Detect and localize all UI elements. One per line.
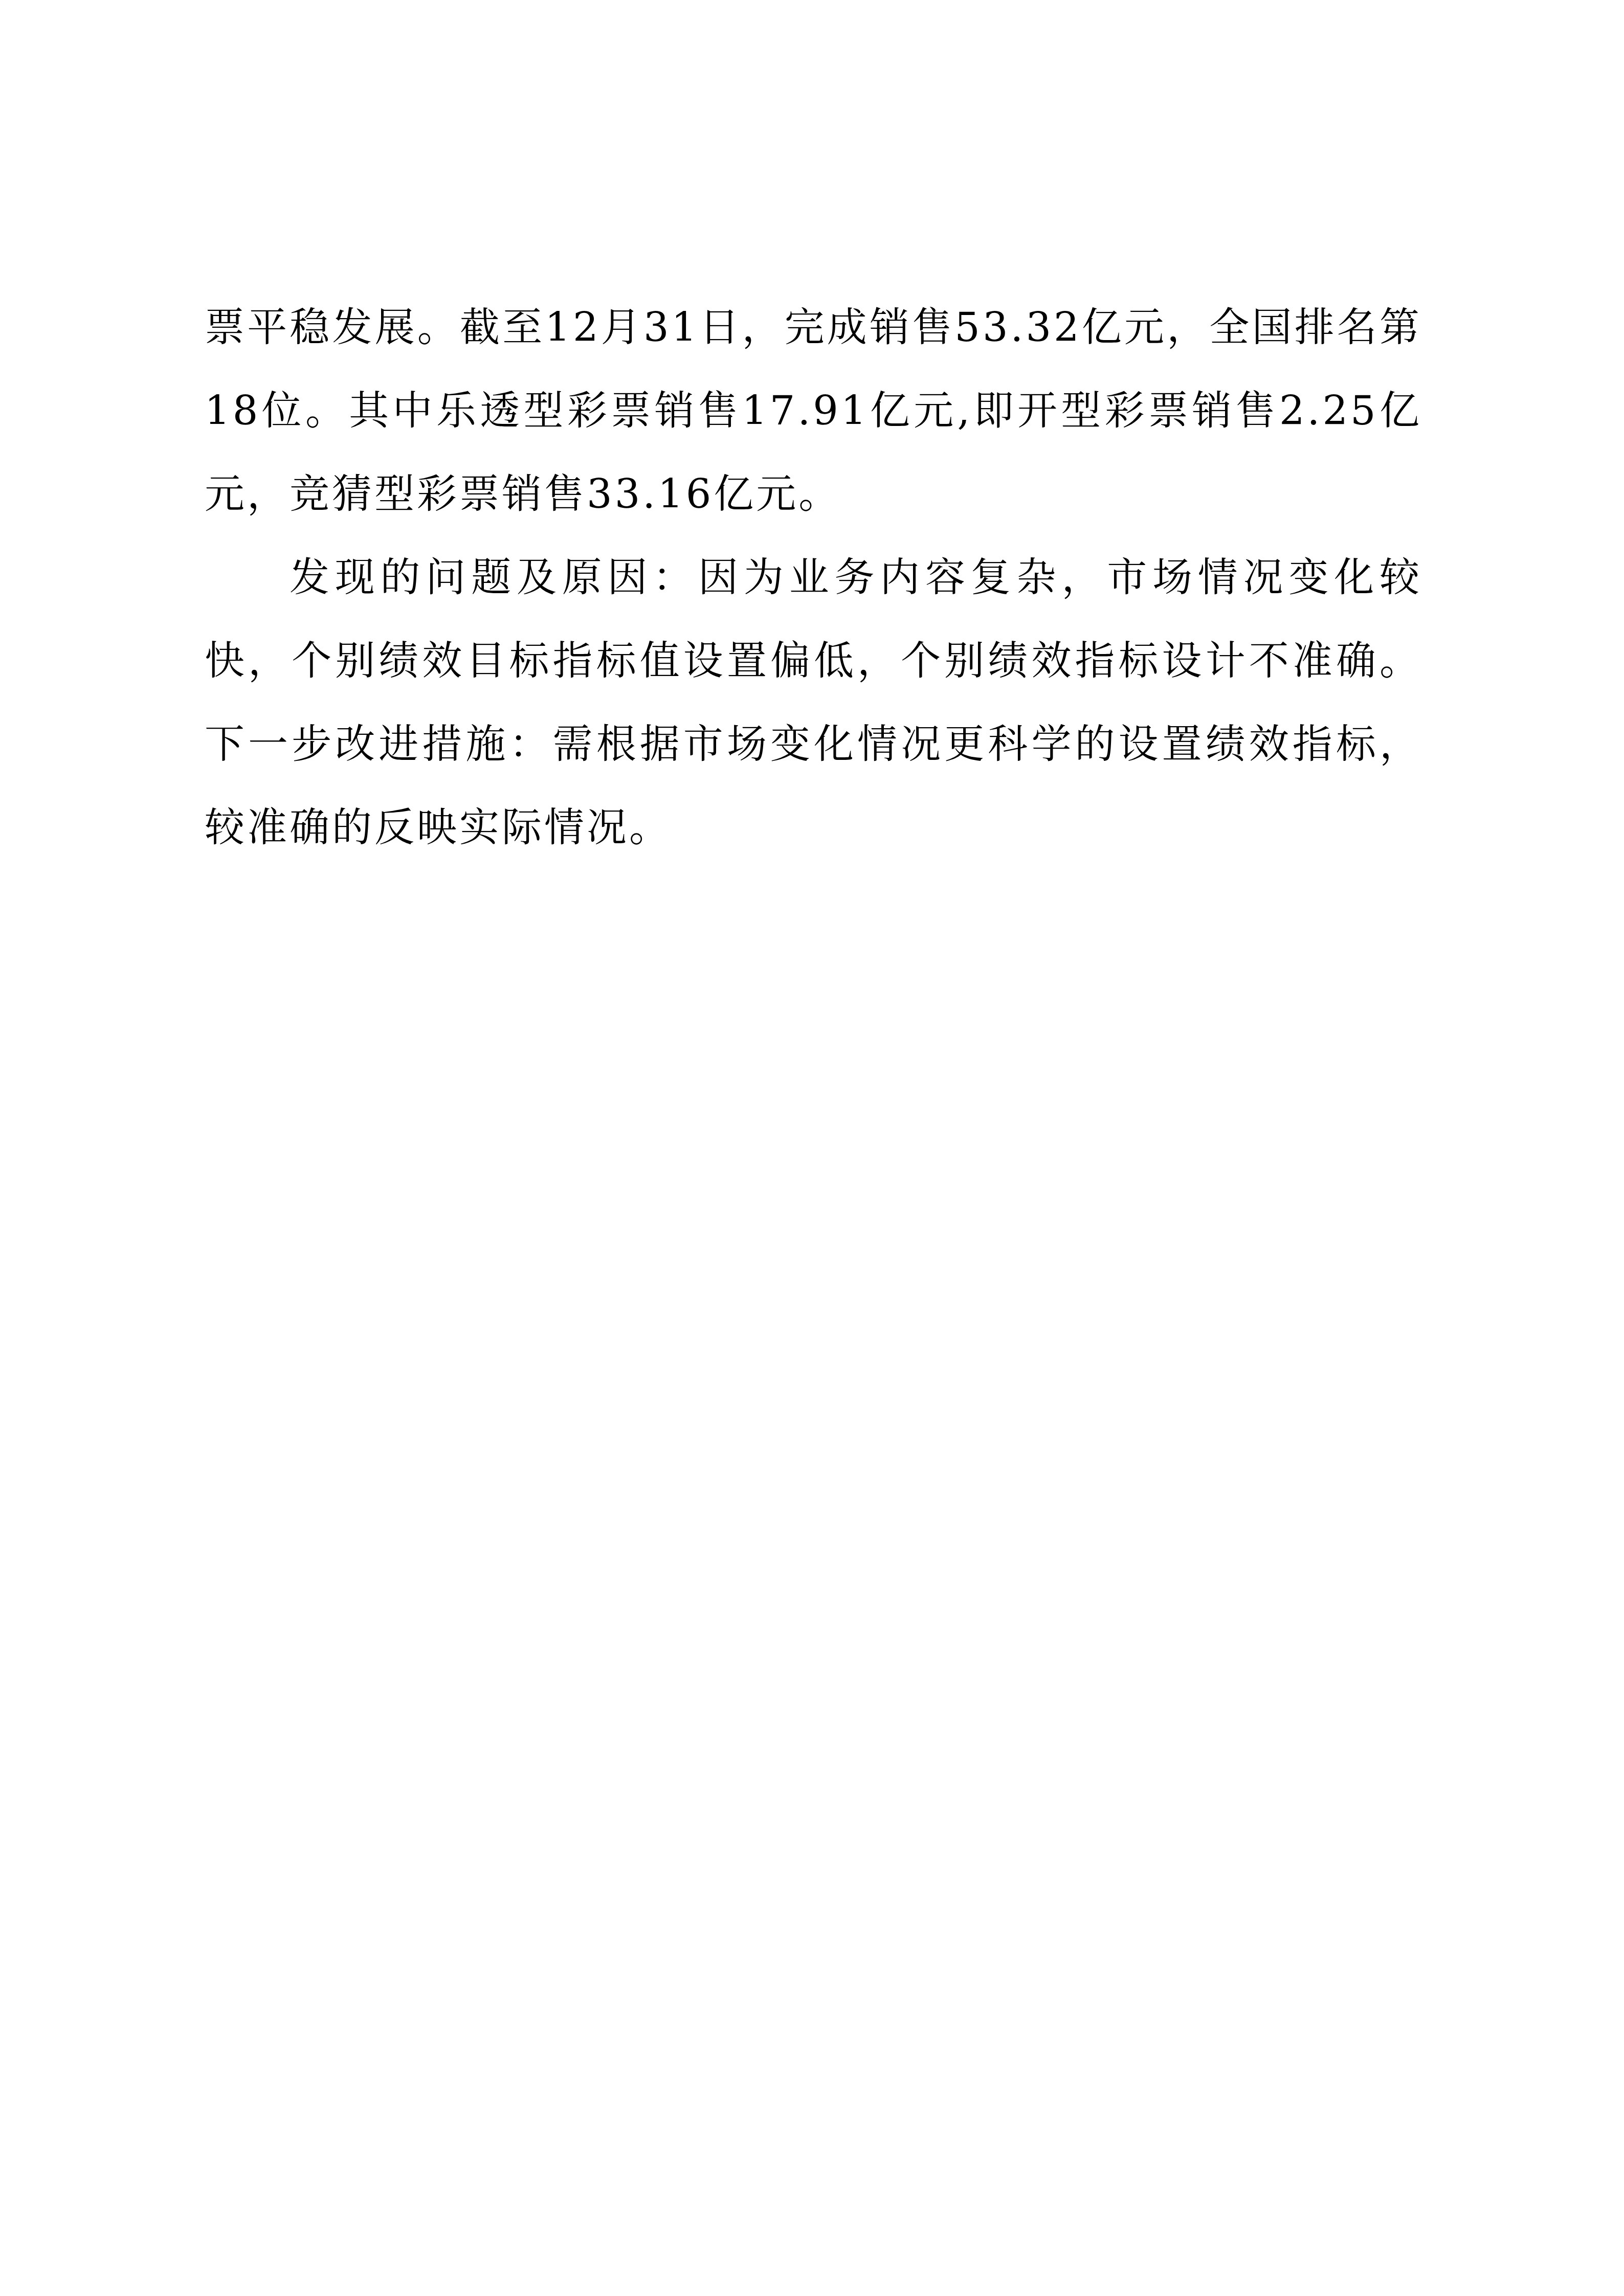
paragraph-issues-and-improvements: 发现的问题及原因：因为业务内容复杂，市场情况变化较快，个别绩效目标指标值设置偏低… bbox=[205, 536, 1422, 870]
paragraph-sales-summary: 票平稳发展。截至12月31日，完成销售53.32亿元，全国排名第18位。其中乐透… bbox=[205, 286, 1422, 536]
document-page: 票平稳发展。截至12月31日，完成销售53.32亿元，全国排名第18位。其中乐透… bbox=[205, 286, 1422, 870]
